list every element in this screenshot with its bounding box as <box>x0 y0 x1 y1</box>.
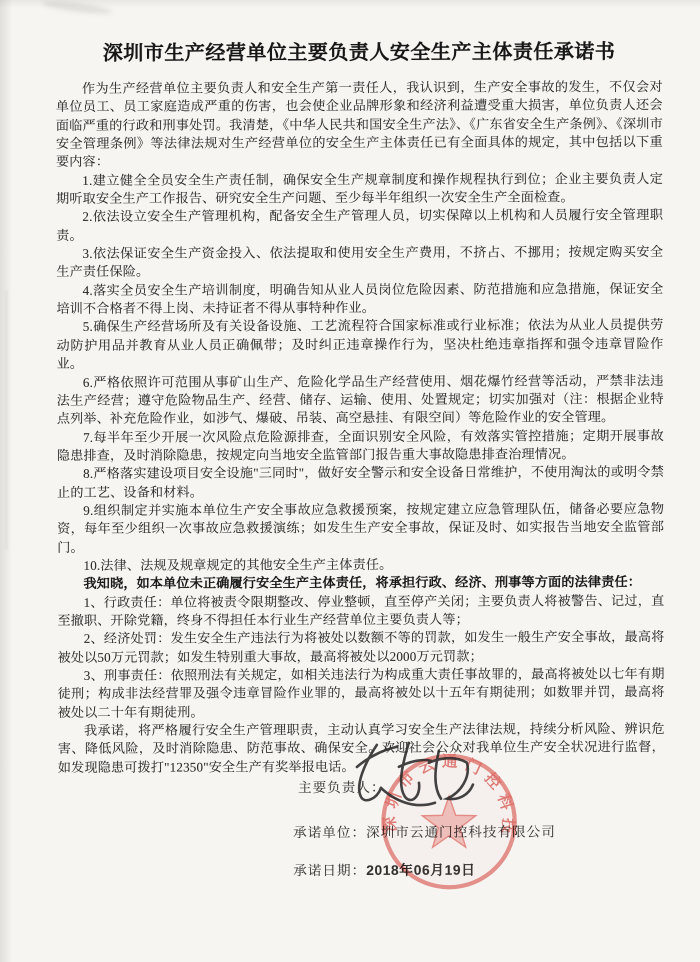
document-title: 深圳市生产经营单位主要负责人安全生产主体责任承诺书 <box>56 39 663 67</box>
document-body: 深圳市生产经营单位主要负责人安全生产主体责任承诺书 作为生产经营单位主要负责人和… <box>0 0 700 962</box>
duty-item-7: 7.每半年至少开展一次风险点危险源排查，全面识别安全风险，有效落实管控措施；定期… <box>57 427 664 466</box>
liability-item-3: 3、刑事责任：依照刑法有关规定，如相关违法行为构成重大责任事故罪的，最高将被处以… <box>58 665 665 722</box>
date-line: 承诺日期：2018年06月19日 <box>293 859 475 880</box>
date-label-text: 承诺日期： <box>293 863 366 878</box>
duty-item-2: 2.依法设立安全生产管理机构，配备安全生产管理人员，切实保障以上机构和人员履行安… <box>56 206 663 245</box>
unit-value-text: 深圳市云通门控科技有限公司 <box>366 824 556 840</box>
scanned-document-page: 深圳市生产经营单位主要负责人安全生产主体责任承诺书 作为生产经营单位主要负责人和… <box>0 0 700 962</box>
duty-item-8: 8.严格落实建设项目安全设施"三同时"，做好安全警示和安全设备日常维护，不使用淘… <box>57 463 664 502</box>
principal-label: 主要负责人： <box>298 776 386 796</box>
duty-item-1: 1.建立健全全员安全生产责任制，确保安全生产规章制度和操作规程执行到位；企业主要… <box>56 170 663 209</box>
date-value-text: 2018年06月19日 <box>366 863 475 878</box>
unit-line: 承诺单位：深圳市云通门控科技有限公司 <box>293 820 556 841</box>
unit-label-text: 承诺单位： <box>293 825 366 840</box>
duty-item-5: 5.确保生产经营场所及有关设备设施、工艺流程符合国家标准或行业标准；依法为从业人… <box>56 316 663 373</box>
duty-item-6: 6.严格依照许可范围从事矿山生产、危险化学品生产经营使用、烟花爆竹经营等活动，严… <box>57 372 664 429</box>
intro-paragraph: 作为生产经营单位主要负责人和安全生产第一责任人，我认识到，生产安全事故的发生，不… <box>56 78 663 172</box>
duty-item-9: 9.组织制定并实施本单位生产安全事故应急救援预案，按规定建立应急管理队伍，储备必… <box>57 500 664 557</box>
acknowledgement-paragraph: 我知晓，如本单位未正确履行安全生产主体责任，将承担行政、经济、刑事等方面的法律责… <box>57 573 664 593</box>
closing-paragraph: 我承诺，将严格履行安全生产管理职责，主动认真学习安全生产法律法规，持续分析风险、… <box>58 720 665 777</box>
liability-item-1: 1、行政责任：单位将被责令限期整改、停业整顿，直至停产关闭；主要负责人将被警告、… <box>57 592 664 631</box>
duty-item-4: 4.落实全员安全生产培训制度，明确告知从业人员岗位危险因素、防范措施和应急措施，… <box>56 280 663 319</box>
document-content: 深圳市生产经营单位主要负责人安全生产主体责任承诺书 作为生产经营单位主要负责人和… <box>56 39 665 777</box>
duty-item-10: 10.法律、法规及规章规定的其他安全生产主体责任。 <box>57 555 664 575</box>
duty-item-3: 3.依法保证安全生产资金投入、依法提取和使用安全生产费用，不挤占、不挪用；按规定… <box>56 243 663 282</box>
liability-item-2: 2、经济处罚：发生安全生产违法行为将被处以数额不等的罚款，如发生一般生产安全事故… <box>57 628 664 667</box>
principal-label-text: 主要负责人： <box>298 780 386 795</box>
